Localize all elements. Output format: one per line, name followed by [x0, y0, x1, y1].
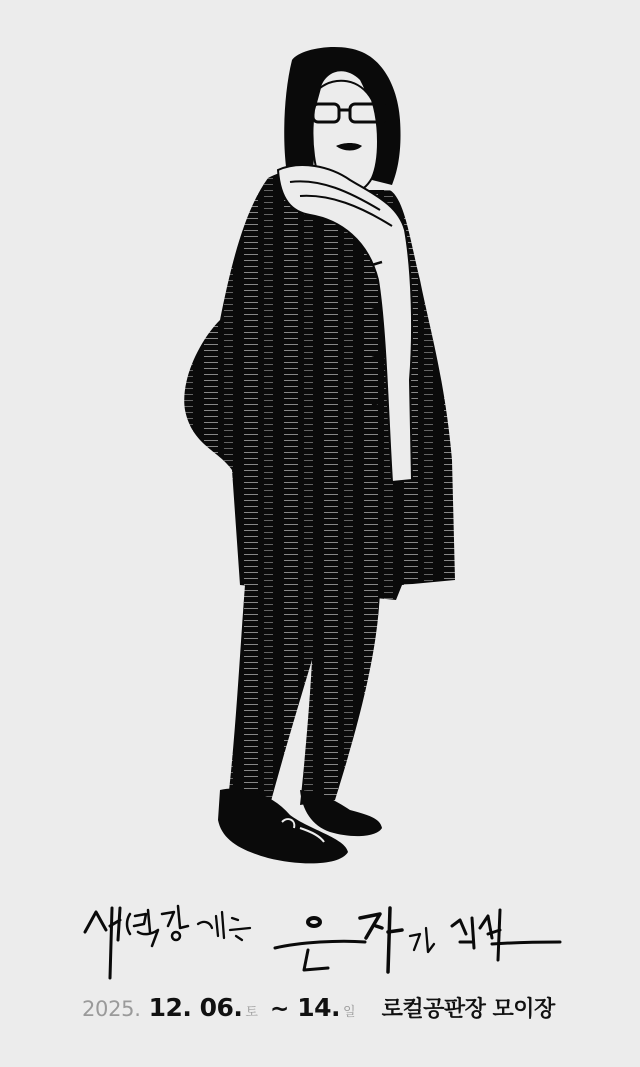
date-separator: ~	[270, 996, 289, 1022]
event-start-date: 12. 06.	[149, 993, 243, 1022]
event-venue: 로컬공판장 모이장	[382, 992, 555, 1023]
portrait-illustration	[0, 0, 640, 880]
handwritten-title-art	[60, 880, 580, 980]
coat	[184, 171, 455, 600]
event-start-day: 토	[245, 1001, 258, 1020]
trousers	[228, 585, 380, 805]
event-info: 2025. 12. 06. 토 ~ 14. 일 로컬공판장 모이장	[82, 992, 555, 1032]
event-end-day: 일	[343, 1001, 356, 1020]
event-year: 2025.	[82, 997, 141, 1021]
event-end-date: 14.	[297, 993, 340, 1022]
title: 새벽강에는 은자가 산다	[60, 880, 580, 980]
